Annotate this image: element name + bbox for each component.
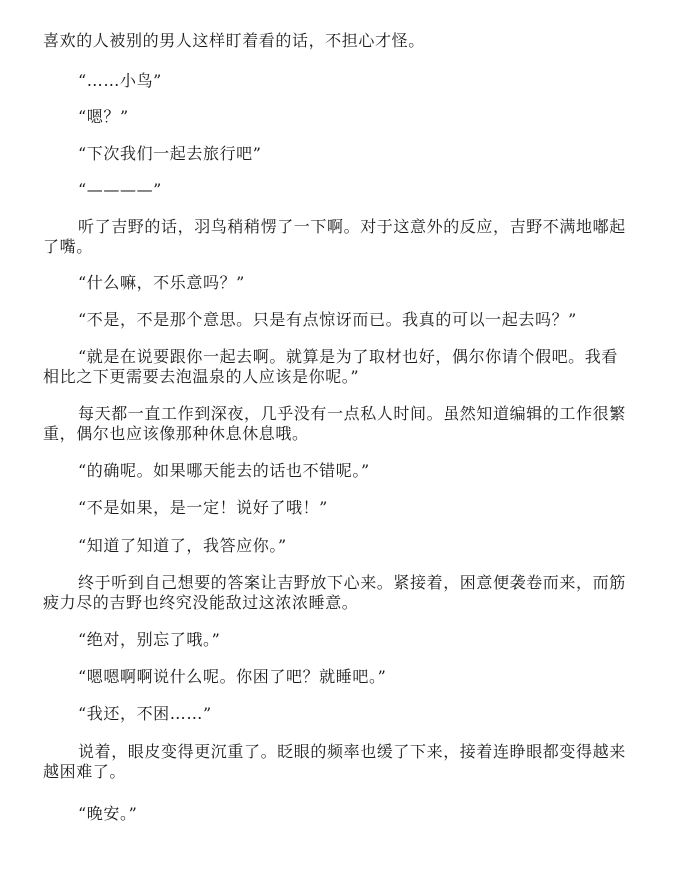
- paragraph: 每天都一直工作到深夜，几乎没有一点私人时间。虽然知道编辑的工作很繁重，偶尔也应该…: [43, 404, 633, 444]
- dialogue-line: “……小鸟”: [43, 71, 633, 91]
- dialogue-line: “知道了知道了，我答应你。”: [43, 536, 633, 556]
- dialogue-line: “不是，不是那个意思。只是有点惊讶而已。我真的可以一起去吗？”: [43, 310, 633, 330]
- dialogue-line: “晚安。”: [43, 804, 633, 824]
- dialogue-line: “什么嘛，不乐意吗？”: [43, 273, 633, 293]
- dialogue-line: “嗯嗯啊啊说什么呢。你困了吧？就睡吧。”: [43, 667, 633, 687]
- dialogue-line: “我还，不困……”: [43, 704, 633, 724]
- dialogue-line: “就是在说要跟你一起去啊。就算是为了取材也好，偶尔你请个假吧。我看相比之下更需要…: [43, 347, 633, 387]
- dialogue-line: “————”: [43, 180, 633, 200]
- dialogue-line: “不是如果，是一定！说好了哦！”: [43, 498, 633, 518]
- paragraph: 听了吉野的话，羽鸟稍稍愣了一下啊。对于这意外的反应，吉野不满地嘟起了嘴。: [43, 217, 633, 257]
- dialogue-line: “下次我们一起去旅行吧”: [43, 144, 633, 164]
- paragraph: 喜欢的人被别的男人这样盯着看的话，不担心才怪。: [43, 31, 633, 51]
- dialogue-line: “绝对，别忘了哦。”: [43, 630, 633, 650]
- paragraph: 终于听到自己想要的答案让吉野放下心来。紧接着，困意便袭卷而来，而筋疲力尽的吉野也…: [43, 573, 633, 613]
- dialogue-line: “的确呢。如果哪天能去的话也不错呢。”: [43, 461, 633, 481]
- paragraph: 说着，眼皮变得更沉重了。眨眼的频率也缓了下来，接着连睁眼都变得越来越困难了。: [43, 742, 633, 782]
- dialogue-line: “嗯？”: [43, 107, 633, 127]
